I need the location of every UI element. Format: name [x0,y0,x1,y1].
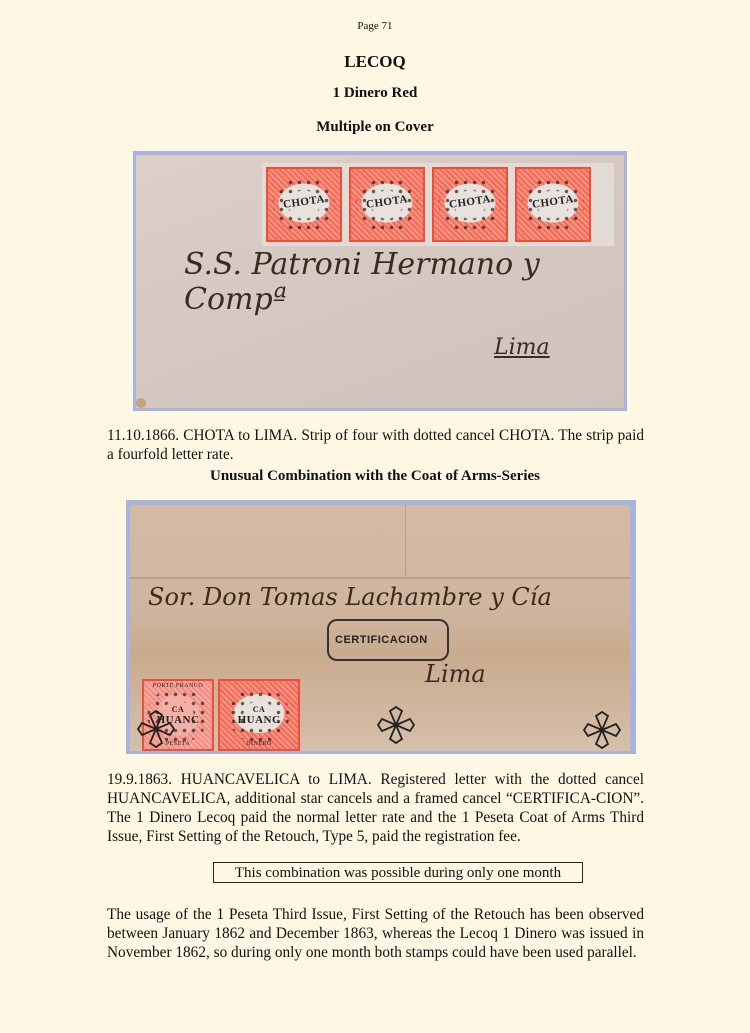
framed-cancel-certificacion: CERTIFICACION [327,619,449,661]
star-cancel-icon [136,709,176,749]
caption-cover2: 19.9.1863. HUANCAVELICA to LIMA. Registe… [107,770,644,846]
stamp-chota-2: CHOTA [349,167,425,242]
section-heading-coat-of-arms: Unusual Combination with the Coat of Arm… [0,468,750,485]
cancel-top-text: CA [218,705,300,714]
cancel-text: HUANC [218,714,300,726]
body-paragraph: The usage of the 1 Peseta Third Issue, F… [107,905,644,962]
stamp-chota-1: CHOTA [266,167,342,242]
stamp-top-text: PORTE FRANCO [142,683,214,689]
caption-cover1: 11.10.1866. CHOTA to LIMA. Strip of four… [107,426,644,464]
page-subtitle: 1 Dinero Red [0,85,750,102]
stamp-dinero-lecoq: CA HUANC DINERO [218,679,300,751]
cover1-image: CHOTA CHOTA CHOTA CHOTA S.S. Patroni Her… [136,155,624,408]
cover1-address-line2: Lima [494,335,550,360]
stain [136,398,146,408]
section-heading-multiple-on-cover: Multiple on Cover [0,119,750,136]
page-title: LECOQ [0,52,750,72]
cover2-address-line2: Lima [425,660,486,688]
cover2-image: Sor. Don Tomas Lachambre y Cía CERTIFICA… [130,505,630,751]
cover1-address-line1: S.S. Patroni Hermano y Compª [184,247,624,317]
stamp-bottom-text: DINERO [218,741,300,747]
star-cancel-icon [582,710,622,750]
stamp-chota-3: CHOTA [432,167,508,242]
note-box: This combination was possible during onl… [213,862,583,883]
stamp-chota-4: CHOTA [515,167,591,242]
cover2-address-line1: Sor. Don Tomas Lachambre y Cía [148,583,552,611]
page-number: Page 71 [0,20,750,32]
fold-line [405,505,406,577]
star-cancel-icon [376,705,416,745]
fold-line [130,577,630,579]
